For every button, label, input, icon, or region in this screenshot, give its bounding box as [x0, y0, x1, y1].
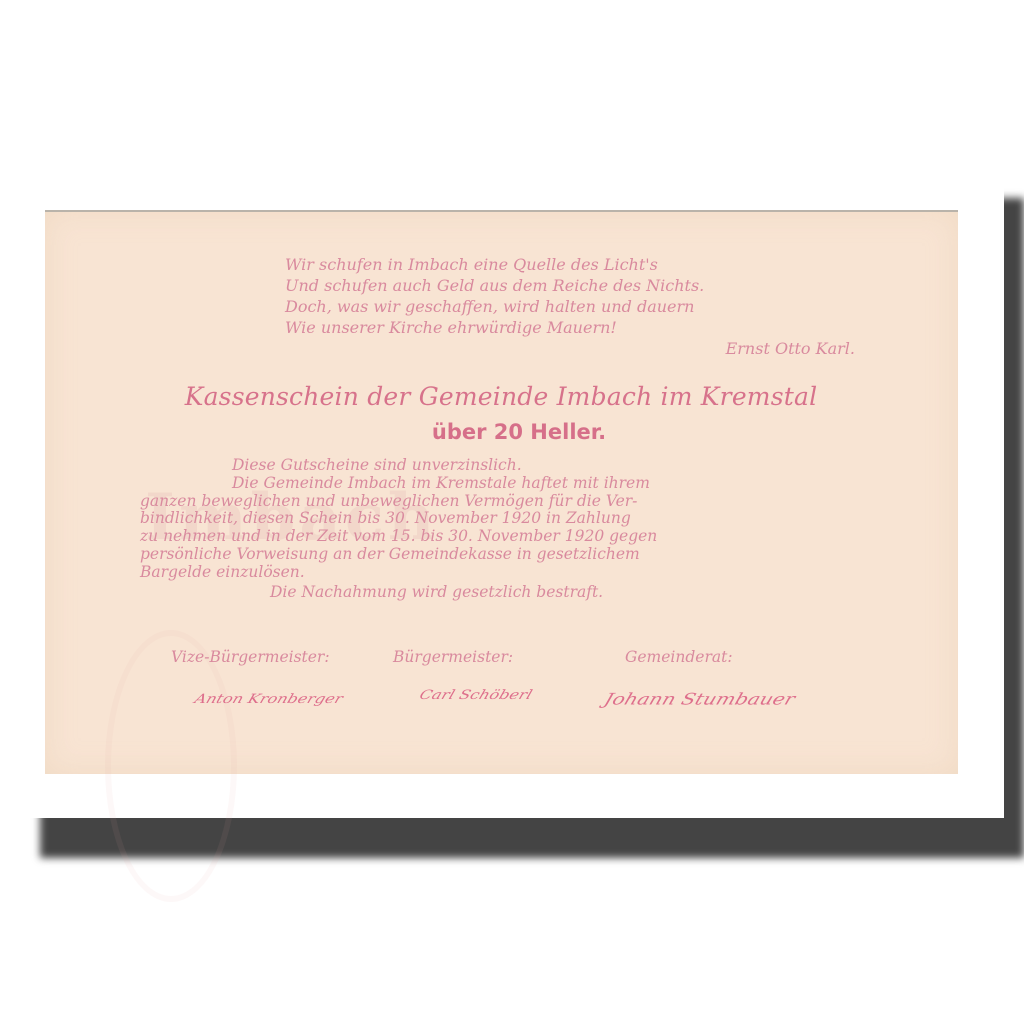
terms-line: bindlichkeit, diesen Schein bis 30. Nove… — [140, 510, 860, 528]
banknote: Imbach Wir schufen in Imbach eine Quelle… — [45, 210, 958, 774]
poem-author: Ernst Otto Karl. — [285, 338, 855, 359]
signatures: Anton Kronberger Carl Schöberl Johann St… — [185, 685, 845, 725]
poem-line: Wie unserer Kirche ehrwürdige Mauern! — [285, 317, 855, 338]
role-vice-mayor: Vize-Bürgermeister: — [171, 648, 393, 666]
poem-line: Und schufen auch Geld aus dem Reiche des… — [285, 275, 855, 296]
role-mayor: Bürgermeister: — [393, 648, 625, 666]
terms-text: Diese Gutscheine sind unverzinslich. Die… — [140, 457, 860, 601]
note-title: Kassenschein der Gemeinde Imbach im Krem… — [145, 382, 857, 411]
signatory-roles: Vize-Bürgermeister: Bürgermeister: Gemei… — [171, 648, 811, 666]
role-councillor: Gemeinderat: — [625, 648, 733, 666]
signature-mayor: Carl Schöberl — [418, 687, 535, 702]
signature-vice-mayor: Anton Kronberger — [193, 691, 346, 706]
terms-line: Die Gemeinde Imbach im Kremstale haftet … — [140, 475, 860, 493]
penalty-notice: Die Nachahmung wird gesetzlich bestraft. — [140, 584, 860, 602]
note-denomination: über 20 Heller. — [145, 420, 857, 444]
terms-line: Diese Gutscheine sind unverzinslich. — [140, 457, 860, 475]
terms-line: persönliche Vorweisung an der Gemeindeka… — [140, 546, 860, 564]
poem-verse: Wir schufen in Imbach eine Quelle des Li… — [285, 254, 855, 359]
poem-line: Wir schufen in Imbach eine Quelle des Li… — [285, 254, 855, 275]
terms-line: zu nehmen und in der Zeit vom 15. bis 30… — [140, 528, 860, 546]
terms-line: ganzen beweglichen und unbeweglichen Ver… — [140, 493, 860, 511]
terms-line: Bargelde einzulösen. — [140, 564, 860, 582]
background-seal — [105, 630, 237, 902]
signature-councillor: Johann Stumbauer — [602, 689, 798, 708]
poem-line: Doch, was wir geschaffen, wird halten un… — [285, 296, 855, 317]
